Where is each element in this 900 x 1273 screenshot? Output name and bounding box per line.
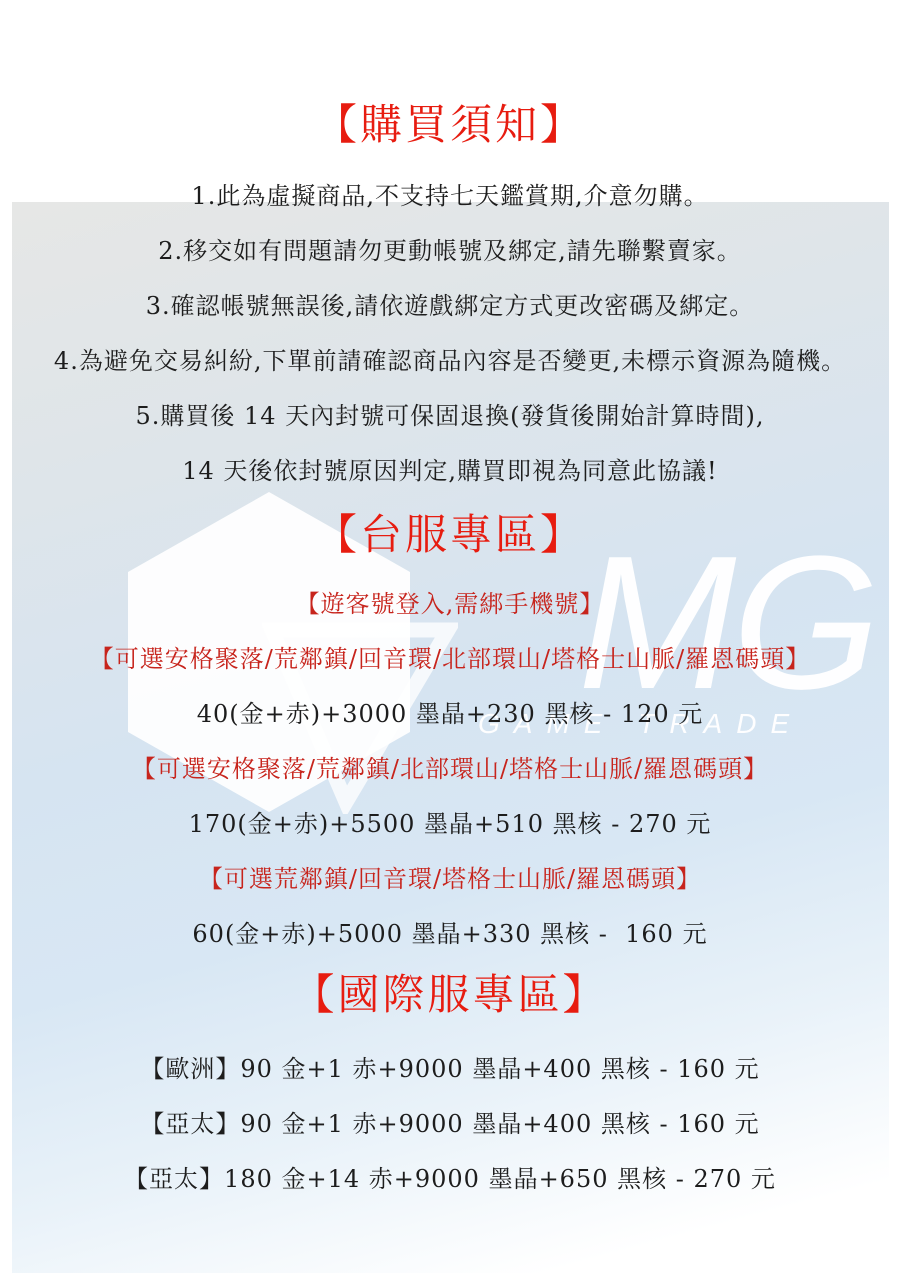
page-title: 【購買須知】 (0, 92, 900, 152)
notice-line: 1.此為虛擬商品,不支持七天鑑賞期,介意勿購。 (0, 176, 900, 211)
notice-line: 5.購買後 14 天內封號可保固退換(發貨後開始計算時間), (0, 396, 900, 431)
notice-line: 14 天後依封號原因判定,購買即視為同意此協議! (0, 451, 900, 486)
guest-login-note: 【遊客號登入,需綁手機號】 (0, 584, 900, 619)
intl-offer-line: 【歐洲】90 金+1 赤+9000 墨晶+400 黑核 - 160 元 (0, 1049, 900, 1084)
tw-offer-regions: 【可選安格聚落/荒鄰鎮/回音環/北部環山/塔格士山脈/羅恩碼頭】 (0, 639, 900, 674)
notice-line: 2.移交如有問題請勿更動帳號及綁定,請先聯繫賣家。 (0, 231, 900, 266)
notice-line: 3.確認帳號無誤後,請依遊戲綁定方式更改密碼及綁定。 (0, 286, 900, 321)
section-heading-intl: 【國際服專區】 (0, 962, 900, 1022)
intl-offer-line: 【亞太】90 金+1 赤+9000 墨晶+400 黑核 - 160 元 (0, 1104, 900, 1139)
tw-offer-regions: 【可選安格聚落/荒鄰鎮/北部環山/塔格士山脈/羅恩碼頭】 (0, 749, 900, 784)
notice-page: MG GAME TRADE 【購買須知】 1.此為虛擬商品,不支持七天鑑賞期,介… (0, 0, 900, 1273)
tw-offer-price: 170(金+赤)+5500 墨晶+510 黑核 - 270 元 (0, 804, 900, 839)
notice-line: 4.為避免交易糾紛,下單前請確認商品內容是否變更,未標示資源為隨機。 (0, 341, 900, 376)
tw-offer-price: 40(金+赤)+3000 墨晶+230 黑核 - 120 元 (0, 694, 900, 729)
section-heading-tw: 【台服專區】 (0, 502, 900, 562)
tw-offer-regions: 【可選荒鄰鎮/回音環/塔格士山脈/羅恩碼頭】 (0, 859, 900, 894)
notice-content: 【購買須知】 1.此為虛擬商品,不支持七天鑑賞期,介意勿購。 2.移交如有問題請… (0, 0, 900, 1273)
tw-offer-price: 60(金+赤)+5000 墨晶+330 黑核 - 160 元 (0, 914, 900, 949)
intl-offer-line: 【亞太】180 金+14 赤+9000 墨晶+650 黑核 - 270 元 (0, 1159, 900, 1194)
